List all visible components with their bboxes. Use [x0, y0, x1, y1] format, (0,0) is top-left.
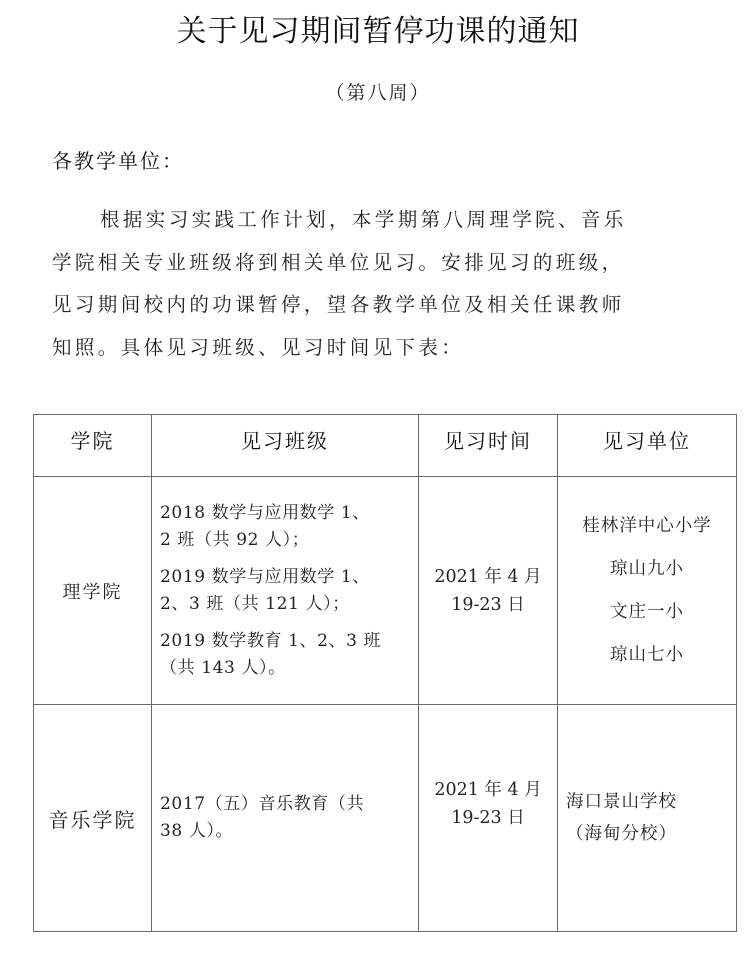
time-line: 2021 年 4 月	[419, 776, 557, 804]
unit-cell: 桂林洋中心小学 琼山九小 文庄一小 琼山七小	[558, 477, 737, 705]
body-line: 见习期间校内的功课暂停，望各教学单位及相关任课教师	[52, 284, 692, 327]
time-line: 2021 年 4 月	[419, 563, 557, 591]
unit-name: 文庄一小	[558, 591, 736, 634]
unit-name: 海口景山学校	[566, 786, 736, 818]
table-header-row: 学院 见习班级 见习时间 见习单位	[34, 415, 737, 477]
class-entry: 2018 数学与应用数学 1、 2 班（共 92 人）；	[160, 500, 418, 554]
unit-name: 琼山七小	[558, 634, 736, 677]
time-line: 19-23 日	[419, 804, 557, 832]
body-line: 根据实习实践工作计划，本学期第八周理学院、音乐	[52, 199, 692, 242]
salutation: 各教学单位：	[52, 146, 184, 176]
class-entry: 2019 数学与应用数学 1、 2、3 班（共 121 人）；	[160, 564, 418, 618]
units-list: 海口景山学校 （海甸分校）	[558, 786, 736, 850]
unit-name: 琼山九小	[558, 548, 736, 591]
unit-name: 桂林洋中心小学	[558, 505, 736, 548]
time-block: 2021 年 4 月 19-23 日	[419, 776, 557, 832]
notice-title: 关于见习期间暂停功课的通知	[0, 10, 756, 54]
body-line: 学院相关专业班级将到相关单位见习。安排见习的班级，	[52, 242, 692, 285]
college-cell: 音乐学院	[34, 705, 152, 932]
class-line: 2017（五）音乐教育（共	[160, 791, 418, 818]
header-college: 学院	[34, 415, 152, 477]
class-line: 2019 数学与应用数学 1、	[160, 564, 418, 591]
college-cell: 理学院	[34, 477, 152, 705]
time-line: 19-23 日	[419, 591, 557, 619]
notice-subtitle: （第八周）	[0, 78, 756, 108]
class-line: 38 人）。	[160, 818, 418, 845]
time-cell: 2021 年 4 月 19-23 日	[419, 477, 558, 705]
unit-cell: 海口景山学校 （海甸分校）	[558, 705, 737, 932]
class-line: （共 143 人）。	[160, 655, 418, 682]
table-row: 理学院 2018 数学与应用数学 1、 2 班（共 92 人）； 2019 数学…	[34, 477, 737, 705]
class-entry: 2017（五）音乐教育（共 38 人）。	[160, 791, 418, 845]
class-line: 2、3 班（共 121 人）；	[160, 591, 418, 618]
table-row: 音乐学院 2017（五）音乐教育（共 38 人）。 2021 年 4 月 19-…	[34, 705, 737, 932]
class-entry: 2019 数学教育 1、2、3 班 （共 143 人）。	[160, 628, 418, 682]
header-class: 见习班级	[152, 415, 419, 477]
body-line: 知照。具体见习班级、见习时间见下表：	[52, 327, 692, 370]
unit-name: （海甸分校）	[566, 818, 736, 850]
header-unit: 见习单位	[558, 415, 737, 477]
schedule-table: 学院 见习班级 见习时间 见习单位 理学院 2018 数学与应用数学 1、 2 …	[33, 414, 737, 932]
class-line: 2019 数学教育 1、2、3 班	[160, 628, 418, 655]
units-list: 桂林洋中心小学 琼山九小 文庄一小 琼山七小	[558, 505, 736, 677]
class-cell: 2017（五）音乐教育（共 38 人）。	[152, 705, 419, 932]
body-paragraph: 根据实习实践工作计划，本学期第八周理学院、音乐 学院相关专业班级将到相关单位见习…	[52, 199, 692, 369]
time-cell: 2021 年 4 月 19-23 日	[419, 705, 558, 932]
class-line: 2 班（共 92 人）；	[160, 527, 418, 554]
class-line: 2018 数学与应用数学 1、	[160, 500, 418, 527]
header-time: 见习时间	[419, 415, 558, 477]
class-cell: 2018 数学与应用数学 1、 2 班（共 92 人）； 2019 数学与应用数…	[152, 477, 419, 705]
